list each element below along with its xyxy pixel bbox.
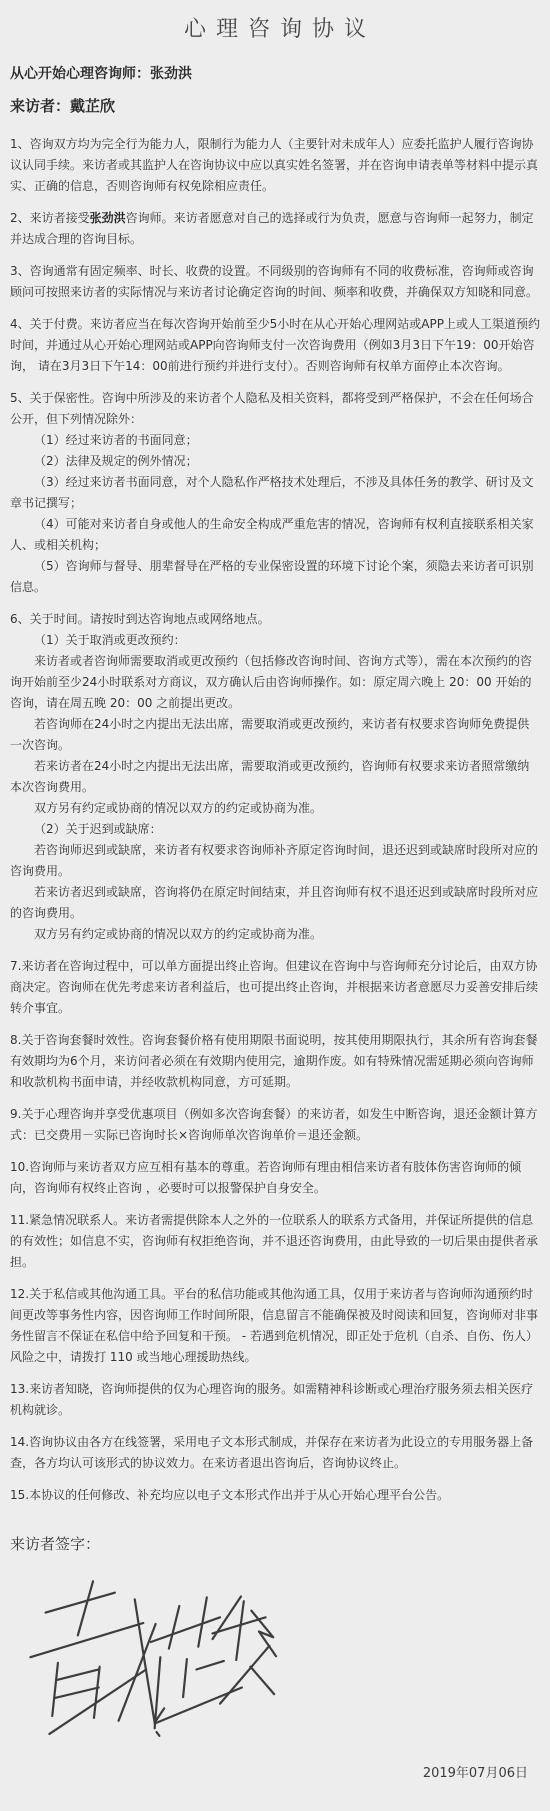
clause-2: 2、来访者接受张劲洪咨询师。来访者愿意对自己的选择或行为负责，愿意与咨询师一起努… [10,208,540,250]
clause-15: 15.本协议的任何修改、补充均应以电子文本形式作出并于从心开始心理平台公告。 [10,1485,540,1506]
handwritten-signature [20,1564,295,1756]
agreement-document: 心理咨询协议 从心开始心理咨询师：张劲洪 来访者：戴芷欣 1、咨询双方均为完全行… [0,0,550,1811]
counselor-line: 从心开始心理咨询师：张劲洪 [10,65,540,84]
clause-subitem: （2）关于迟到或缺席： [10,819,540,840]
clause-text: 7.来访者在咨询过程中，可以单方面提出终止咨询。但建议在咨询中与咨询师充分讨论后… [10,956,540,1019]
clause-subitem: （4）可能对来访者自身或他人的生命安全构成严重危害的情况，咨询师有权利直接联系相… [10,514,540,556]
clause-10: 10.咨询师与来访者双方应互相有基本的尊重。若咨询师有理由相信来访者有肢体伤害咨… [10,1157,540,1199]
clause-4: 4、关于付费。来访者应当在每次咨询开始前至少5小时在从心开始心理网站或APP上或… [10,314,540,377]
clause-text: 5、关于保密性。咨询中所涉及的来访者个人隐私及相关资料，都将受到严格保护，不会在… [10,388,540,430]
document-title: 心理咨询协议 [10,12,540,43]
clause-3: 3、咨询通常有固定频率、时长、收费的设置。不同级别的咨询师有不同的收费标准，咨询… [10,261,540,303]
clause-text: 8.关于咨询套餐时效性。咨询套餐价格有使用期限书面说明，按其使用期限执行，其余所… [10,1030,540,1093]
clause-text: 1、咨询双方均为完全行为能力人，限制行为能力人（主要针对未成年人）应委托监护人履… [10,134,540,197]
clause-text: 10.咨询师与来访者双方应互相有基本的尊重。若咨询师有理由相信来访者有肢体伤害咨… [10,1157,540,1199]
clause-subitem: （5）咨询师与督导、朋辈督导在严格的专业保密设置的环境下讨论个案，须隐去来访者可… [10,556,540,598]
clause-subitem: 若咨询师在24小时之内提出无法出席，需要取消或更改预约，来访者有权要求咨询师免费… [10,714,540,756]
clause-14: 14.咨询协议由各方在线签署，采用电子文本形式制成，并保存在来访者为此设立的专用… [10,1432,540,1474]
clause-1: 1、咨询双方均为完全行为能力人，限制行为能力人（主要针对未成年人）应委托监护人履… [10,134,540,197]
clause-text: 12.关于私信或其他沟通工具。平台的私信功能或其他沟通工具，仅用于来访者与咨询师… [10,1284,540,1368]
visitor-line: 来访者：戴芷欣 [10,96,540,116]
clause-7: 7.来访者在咨询过程中，可以单方面提出终止咨询。但建议在咨询中与咨询师充分讨论后… [10,956,540,1019]
clause-12: 12.关于私信或其他沟通工具。平台的私信功能或其他沟通工具，仅用于来访者与咨询师… [10,1284,540,1368]
clause-text: 6、关于时间。请按时到达咨询地点或网络地点。 [10,609,540,630]
signature-scribble-icon [20,1564,295,1756]
clause-5: 5、关于保密性。咨询中所涉及的来访者个人隐私及相关资料，都将受到严格保护，不会在… [10,388,540,598]
clause-text: 2、来访者接受张劲洪咨询师。来访者愿意对自己的选择或行为负责，愿意与咨询师一起努… [10,208,540,250]
clause-subitem: 若咨询师迟到或缺席，来访者有权要求咨询师补齐原定咨询时间，退还迟到或缺席时段所对… [10,840,540,882]
clause-text: 4、关于付费。来访者应当在每次咨询开始前至少5小时在从心开始心理网站或APP上或… [10,314,540,377]
clause-subitem: （1）关于取消或更改预约： [10,630,540,651]
clause-6: 6、关于时间。请按时到达咨询地点或网络地点。 （1）关于取消或更改预约： 来访者… [10,609,540,945]
clause-text: 9.关于心理咨询并享受优惠项目（例如多次咨询套餐）的来访者，如发生中断咨询，退还… [10,1104,540,1146]
clause-text: 13.来访者知晓，咨询师提供的仅为心理咨询的服务。如需精神科诊断或心理治疗服务须… [10,1379,540,1421]
clause-8: 8.关于咨询套餐时效性。咨询套餐价格有使用期限书面说明，按其使用期限执行，其余所… [10,1030,540,1093]
clause-subitem: 来访者或者咨询师需要取消或更改预约（包括修改咨询时间、咨询方式等），需在本次预约… [10,651,540,714]
clause-text: 14.咨询协议由各方在线签署，采用电子文本形式制成，并保存在来访者为此设立的专用… [10,1432,540,1474]
clause-subitem: （3）经过来访者书面同意，对个人隐私作严格技术处理后，不涉及具体任务的教学、研讨… [10,472,540,514]
clauses-list: 1、咨询双方均为完全行为能力人，限制行为能力人（主要针对未成年人）应委托监护人履… [10,134,540,1506]
counselor-name-bold: 张劲洪 [90,211,126,225]
clause-text: 15.本协议的任何修改、补充均应以电子文本形式作出并于从心开始心理平台公告。 [10,1485,540,1506]
clause-subitem: 若来访者迟到或缺席，咨询将仍在原定时间结束，并且咨询师有权不退还迟到或缺席时段所… [10,882,540,924]
clause-text: 11.紧急情况联系人。来访者需提供除本人之外的一位联系人的联系方式备用，并保证所… [10,1210,540,1273]
clause-subitem: 若来访者在24小时之内提出无法出席，需要取消或更改预约，咨询师有权要求来访者照常… [10,756,540,798]
clause-9: 9.关于心理咨询并享受优惠项目（例如多次咨询套餐）的来访者，如发生中断咨询，退还… [10,1104,540,1146]
clause-text: 3、咨询通常有固定频率、时长、收费的设置。不同级别的咨询师有不同的收费标准，咨询… [10,261,540,303]
visitor-signature-label: 来访者签字： [10,1534,540,1554]
clause-subitem: （2）法律及规定的例外情况； [10,451,540,472]
clause-2-prefix: 2、来访者接受 [10,211,90,225]
clause-13: 13.来访者知晓，咨询师提供的仅为心理咨询的服务。如需精神科诊断或心理治疗服务须… [10,1379,540,1421]
clause-subitem: （1）经过来访者的书面同意； [10,430,540,451]
clause-11: 11.紧急情况联系人。来访者需提供除本人之外的一位联系人的联系方式备用，并保证所… [10,1210,540,1273]
clause-subitem: 双方另有约定或协商的情况以双方的约定或协商为准。 [10,924,540,945]
signature-date: 2019年07月06日 [10,1762,540,1781]
clause-subitem: 双方另有约定或协商的情况以双方的约定或协商为准。 [10,798,540,819]
